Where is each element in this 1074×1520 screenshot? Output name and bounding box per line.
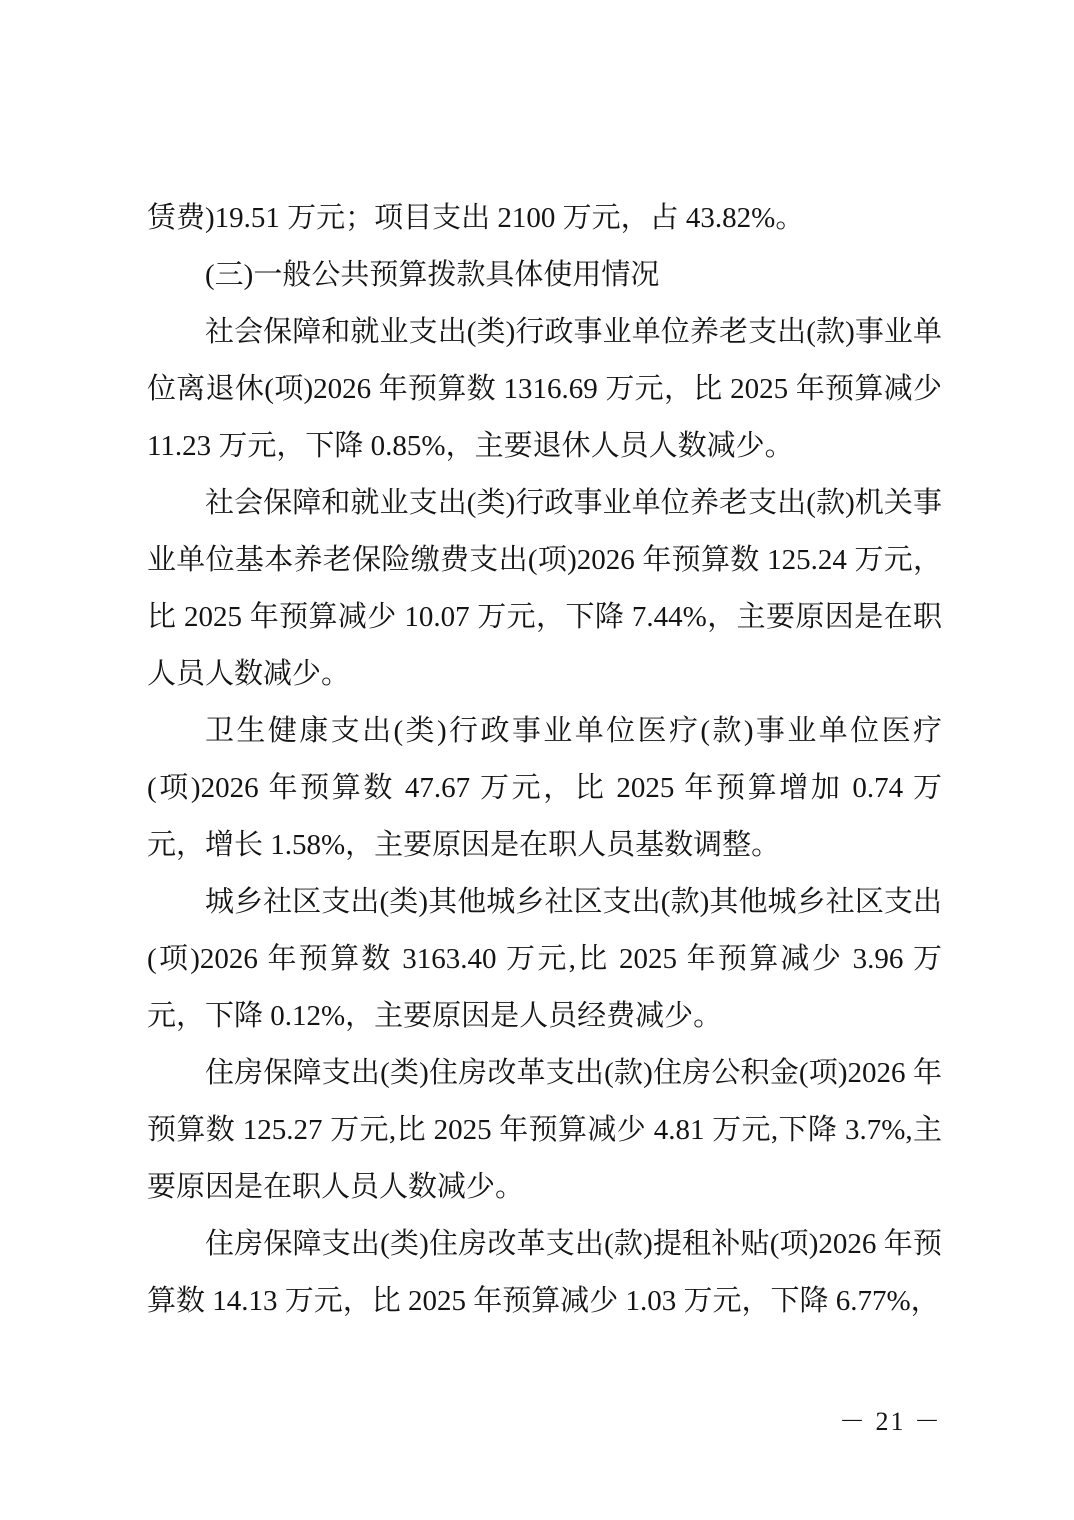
- paragraph-continuation: 赁费)19.51 万元；项目支出 2100 万元，占 43.82%。: [147, 190, 942, 247]
- paragraph: 卫生健康支出(类)行政事业单位医疗(款)事业单位医疗(项)2026 年预算数 4…: [147, 703, 942, 874]
- paragraph: 城乡社区支出(类)其他城乡社区支出(款)其他城乡社区支出(项)2026 年预算数…: [147, 874, 942, 1045]
- paragraph: 住房保障支出(类)住房改革支出(款)提租补贴(项)2026 年预算数 14.13…: [147, 1216, 942, 1330]
- section-heading: (三)一般公共预算拨款具体使用情况: [147, 247, 942, 304]
- document-body: 赁费)19.51 万元；项目支出 2100 万元，占 43.82%。 (三)一般…: [147, 190, 942, 1330]
- page-number: － 21 －: [839, 1406, 942, 1438]
- paragraph: 社会保障和就业支出(类)行政事业单位养老支出(款)机关事业单位基本养老保险缴费支…: [147, 475, 942, 703]
- paragraph: 社会保障和就业支出(类)行政事业单位养老支出(款)事业单位离退休(项)2026 …: [147, 304, 942, 475]
- paragraph: 住房保障支出(类)住房改革支出(款)住房公积金(项)2026 年预算数 125.…: [147, 1045, 942, 1216]
- document-page: 赁费)19.51 万元；项目支出 2100 万元，占 43.82%。 (三)一般…: [0, 0, 1074, 1520]
